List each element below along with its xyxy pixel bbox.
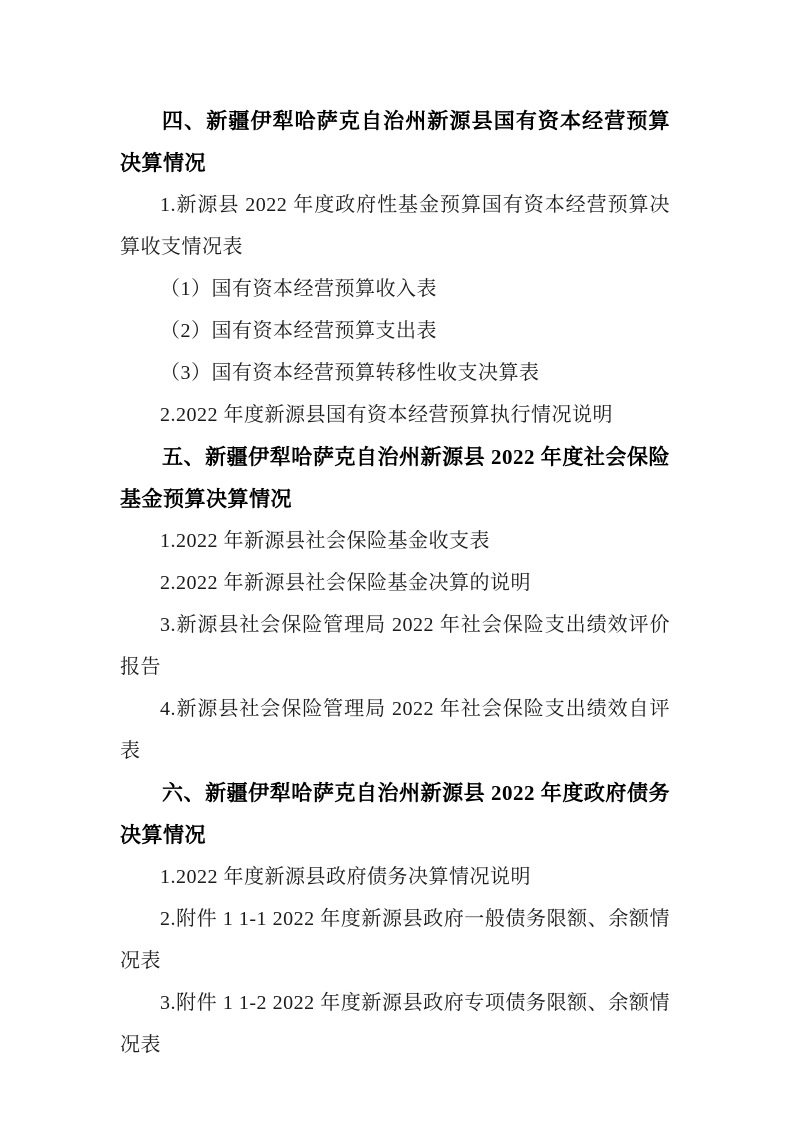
toc-item: 4.新源县社会保险管理局 2022 年社会保险支出绩效自评表: [120, 688, 670, 772]
toc-item: 1.2022 年新源县社会保险基金收支表: [120, 520, 670, 562]
toc-item: 1.2022 年度新源县政府债务决算情况说明: [120, 856, 670, 898]
document-page: 四、新疆伊犁哈萨克自治州新源县国有资本经营预算决算情况 1.新源县 2022 年…: [0, 0, 793, 1122]
section-state-capital-budget: 四、新疆伊犁哈萨克自治州新源县国有资本经营预算决算情况 1.新源县 2022 年…: [120, 100, 670, 436]
section-government-debt: 六、新疆伊犁哈萨克自治州新源县 2022 年度政府债务决算情况 1.2022 年…: [120, 772, 670, 1066]
toc-item: 2.2022 年度新源县国有资本经营预算执行情况说明: [120, 394, 670, 436]
toc-item: 3.附件 1 1-2 2022 年度新源县政府专项债务限额、余额情况表: [120, 982, 670, 1066]
toc-item: 2.2022 年新源县社会保险基金决算的说明: [120, 562, 670, 604]
toc-item: （1）国有资本经营预算收入表: [120, 268, 670, 310]
toc-item: （3）国有资本经营预算转移性收支决算表: [120, 352, 670, 394]
toc-item: 1.新源县 2022 年度政府性基金预算国有资本经营预算决算收支情况表: [120, 184, 670, 268]
section-heading: 五、新疆伊犁哈萨克自治州新源县 2022 年度社会保险基金预算决算情况: [120, 436, 670, 520]
toc-item: （2）国有资本经营预算支出表: [120, 310, 670, 352]
toc-item: 3.新源县社会保险管理局 2022 年社会保险支出绩效评价报告: [120, 604, 670, 688]
section-social-insurance-fund: 五、新疆伊犁哈萨克自治州新源县 2022 年度社会保险基金预算决算情况 1.20…: [120, 436, 670, 772]
section-heading: 六、新疆伊犁哈萨克自治州新源县 2022 年度政府债务决算情况: [120, 772, 670, 856]
section-heading: 四、新疆伊犁哈萨克自治州新源县国有资本经营预算决算情况: [120, 100, 670, 184]
toc-item: 2.附件 1 1-1 2022 年度新源县政府一般债务限额、余额情况表: [120, 898, 670, 982]
